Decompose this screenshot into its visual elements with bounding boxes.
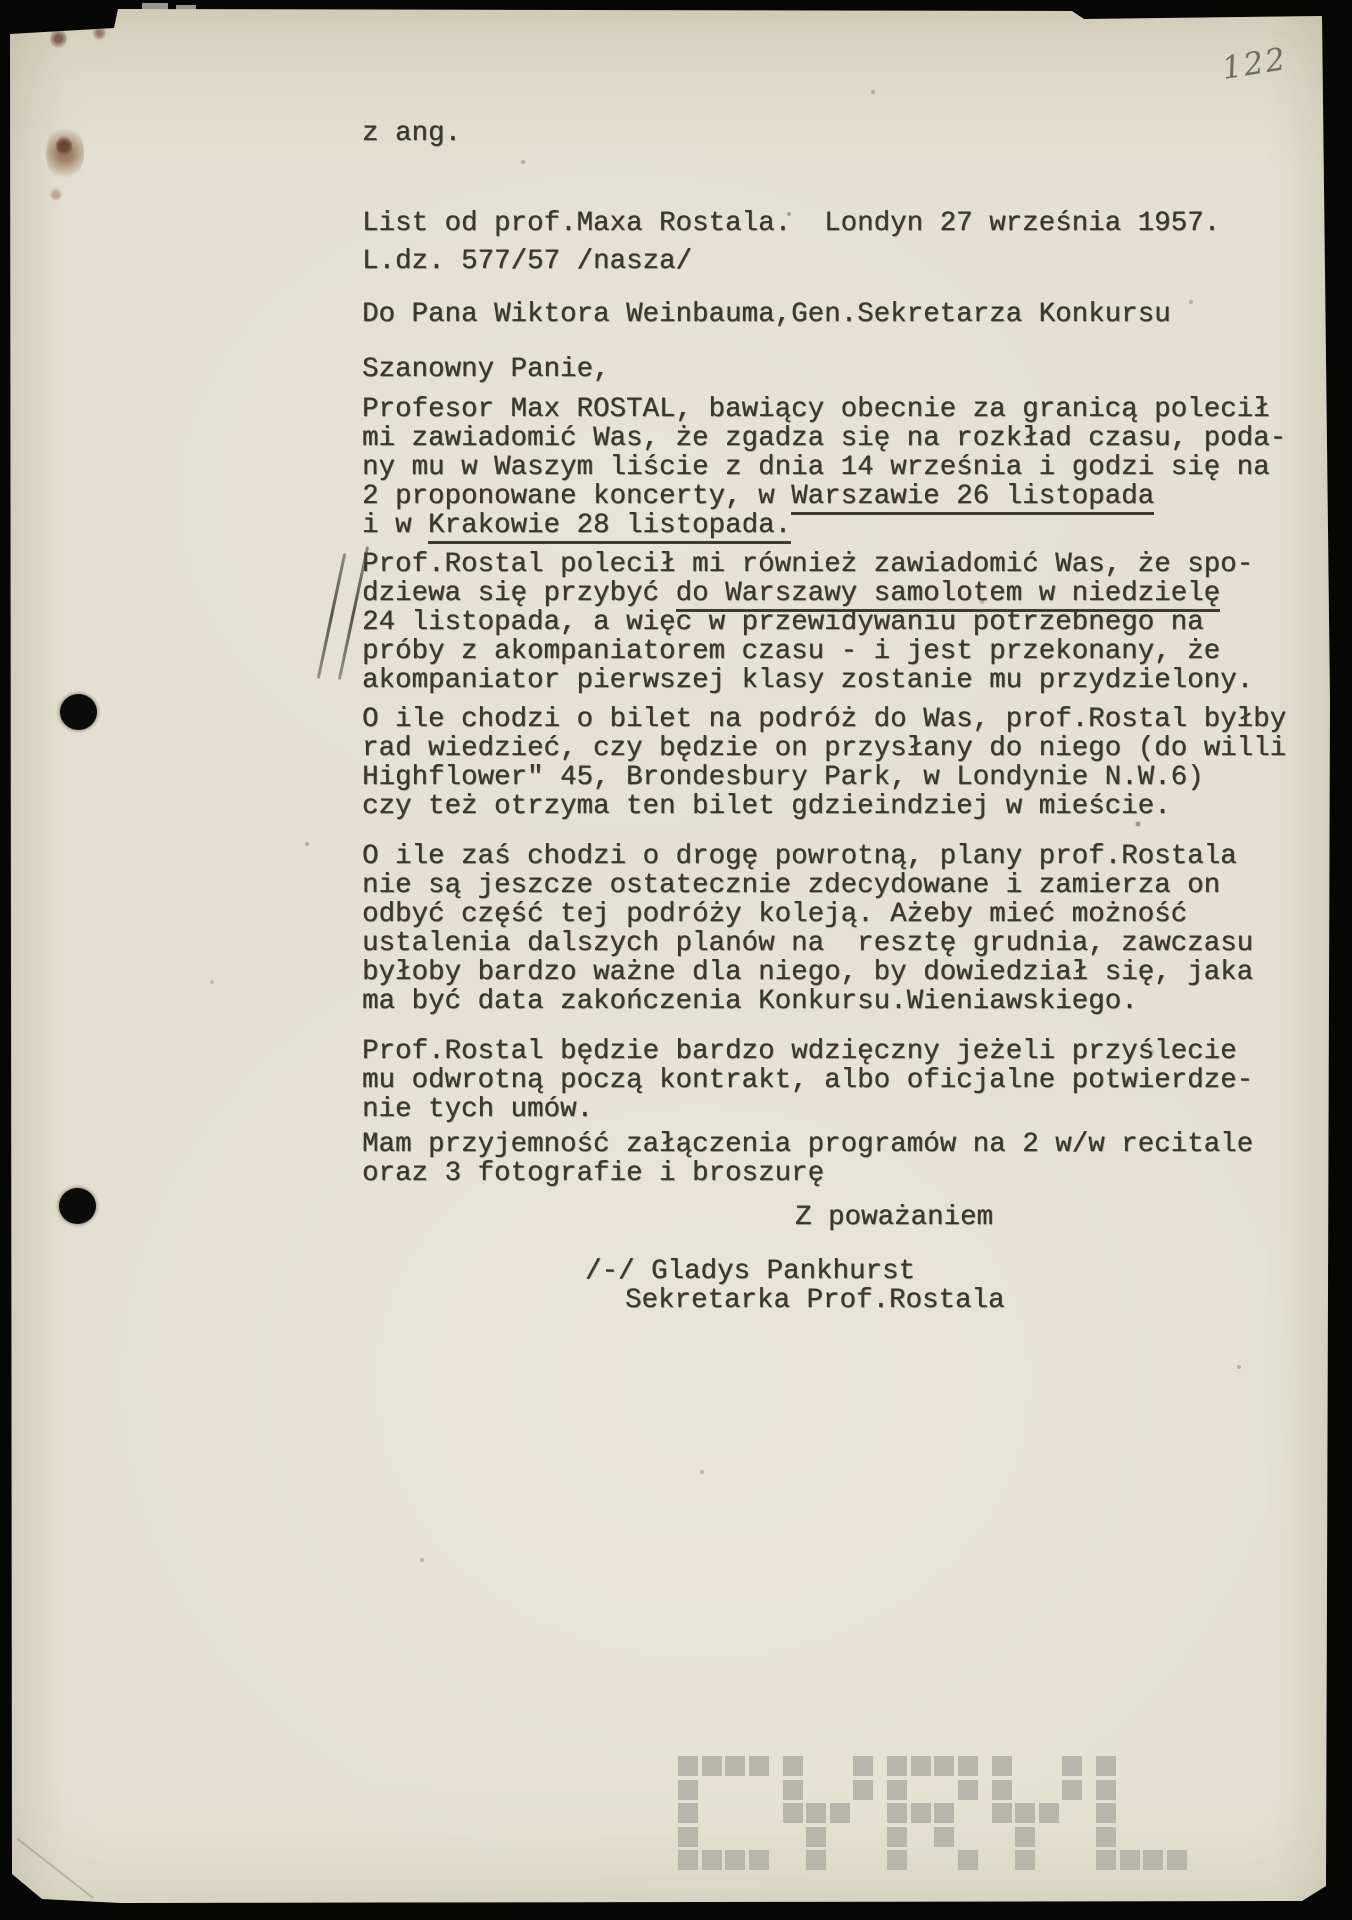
text-line: /-/ Gladys Pankhurst	[585, 1257, 1005, 1286]
text-segment: /-/ Gladys Pankhurst	[585, 1256, 915, 1287]
paragraph-5: Prof.Rostal będzie bardzo wdzięczny jeże…	[362, 1037, 1253, 1124]
text-line: czy też otrzyma ten bilet gdzieindziej w…	[362, 792, 1286, 821]
text-segment: mi zawiadomić Was, że zgadza się na rozk…	[362, 423, 1286, 454]
text-line: mu odwrotną począ kontrakt, albo oficjal…	[362, 1066, 1253, 1095]
watermark-pixel	[806, 1827, 826, 1847]
watermark-pixel	[702, 1850, 722, 1870]
text-segment: oraz 3 fotografie i broszurę	[362, 1158, 824, 1189]
watermark-pixel	[1015, 1850, 1035, 1870]
text-segment: odbyć część tej podróży koleją. Ażeby mi…	[362, 899, 1187, 930]
watermark-pixel	[992, 1803, 1012, 1823]
text-line: O ile zaś chodzi o drogę powrotną, plany…	[362, 842, 1253, 871]
watermark-pixel	[1039, 1803, 1059, 1823]
paragraph-1: Profesor Max ROSTAL, bawiący obecnie za …	[362, 395, 1286, 540]
watermark-pixel	[830, 1756, 850, 1776]
text-line: i w Krakowie 28 listopada.	[362, 511, 1286, 540]
watermark-pixel	[830, 1850, 850, 1870]
watermark-pixel	[749, 1827, 769, 1847]
watermark-pixel	[1120, 1827, 1140, 1847]
text-segment: Profesor Max ROSTAL, bawiący obecnie za …	[362, 394, 1270, 425]
text-segment: O ile zaś chodzi o drogę powrotną, plany…	[362, 841, 1237, 872]
watermark-pixel	[1167, 1850, 1187, 1870]
watermark-pixel	[806, 1803, 826, 1823]
watermark-pixel	[934, 1850, 954, 1870]
watermark-pixel	[992, 1780, 1012, 1800]
watermark-pixel	[887, 1827, 907, 1847]
watermark-pixel	[1015, 1803, 1035, 1823]
watermark-pixel	[1143, 1803, 1163, 1823]
text-segment: rad wiedzieć, czy będzie on przysłany do…	[362, 733, 1286, 764]
text-line: próby z akompaniatorem czasu - i jest pr…	[362, 637, 1253, 666]
paper-crease	[17, 1838, 94, 1899]
watermark-pixel	[853, 1756, 873, 1776]
watermark-pixel	[725, 1827, 745, 1847]
watermark-pixel	[1062, 1780, 1082, 1800]
watermark-pixel	[678, 1756, 698, 1776]
text-segment: Prof.Rostal polecił mi również zawiadomi…	[362, 549, 1253, 580]
text-segment: ma być data zakończenia Konkursu.Wieniaw…	[362, 986, 1138, 1017]
watermark-pixel	[1096, 1827, 1116, 1847]
text-segment: czy też otrzyma ten bilet gdzieindziej w…	[362, 791, 1171, 822]
watermark-pixel	[1167, 1780, 1187, 1800]
text-line: dziewa się przybyć do Warszawy samolotem…	[362, 579, 1253, 608]
punch-hole	[59, 1188, 96, 1224]
text-line: odbyć część tej podróży koleją. Ażeby mi…	[362, 900, 1253, 929]
watermark-pixel	[887, 1850, 907, 1870]
text-line: Sekretarka Prof.Rostala	[625, 1286, 1005, 1315]
brown-smudge	[56, 136, 72, 156]
watermark-pixel	[1015, 1756, 1035, 1776]
text-line: Mam przyjemność załączenia programów na …	[362, 1130, 1253, 1159]
text-line: byłoby bardzo ważne dla niego, by dowied…	[362, 958, 1253, 987]
watermark-pixel	[1120, 1780, 1140, 1800]
letter-page: 122 z ang. List od prof.Maxa Rostala. Lo…	[0, 0, 1352, 1920]
watermark-pixel	[1062, 1803, 1082, 1823]
brown-smudge	[50, 188, 62, 201]
watermark-pixel	[830, 1780, 850, 1800]
text-segment: ny mu w Waszym liście z dnia 14 września…	[362, 452, 1270, 483]
watermark-pixel	[749, 1803, 769, 1823]
watermark-pixel	[783, 1803, 803, 1823]
watermark-pixel	[749, 1780, 769, 1800]
text-line: nie tych umów.	[362, 1095, 1253, 1124]
text-line: Profesor Max ROSTAL, bawiący obecnie za …	[362, 395, 1286, 424]
watermark-pixel	[911, 1850, 931, 1870]
watermark-pixel	[1039, 1827, 1059, 1847]
language-note: z ang.	[362, 119, 461, 148]
watermark-pixel	[678, 1780, 698, 1800]
watermark-pixel	[1120, 1850, 1140, 1870]
watermark-pixel	[783, 1827, 803, 1847]
cyryl-watermark	[678, 1756, 1187, 1870]
watermark-letter-c	[678, 1756, 769, 1870]
text-segment: nie tych umów.	[362, 1094, 593, 1125]
text-segment: 24 listopada, a więc w przewidywaniu pot…	[362, 607, 1204, 638]
ink-stain	[50, 28, 67, 49]
watermark-pixel	[887, 1780, 907, 1800]
watermark-pixel	[725, 1756, 745, 1776]
text-line: 24 listopada, a więc w przewidywaniu pot…	[362, 608, 1253, 637]
underlined-text: Krakowie 28 listopada.	[428, 510, 791, 544]
watermark-letter-r	[887, 1756, 978, 1870]
text-line: Prof.Rostal będzie bardzo wdzięczny jeże…	[362, 1037, 1253, 1066]
punch-hole	[60, 694, 97, 730]
watermark-pixel	[992, 1850, 1012, 1870]
text-segment: Sekretarka Prof.Rostala	[625, 1285, 1005, 1316]
text-line: ustalenia dalszych planów na resztę grud…	[362, 929, 1253, 958]
recipient-line: Do Pana Wiktora Weinbauma,Gen.Sekretarza…	[362, 300, 1171, 329]
watermark-pixel	[934, 1803, 954, 1823]
text-segment: nie są jeszcze ostatecznie zdecydowane i…	[362, 870, 1220, 901]
watermark-pixel	[702, 1756, 722, 1776]
watermark-pixel	[702, 1827, 722, 1847]
paragraph-3: O ile chodzi o bilet na podróż do Was, p…	[362, 705, 1286, 821]
watermark-pixel	[678, 1850, 698, 1870]
text-segment: Highflower" 45, Brondesbury Park, w Lond…	[362, 762, 1204, 793]
text-line: nie są jeszcze ostatecznie zdecydowane i…	[362, 871, 1253, 900]
text-segment: Prof.Rostal będzie bardzo wdzięczny jeże…	[362, 1036, 1237, 1067]
watermark-pixel	[725, 1850, 745, 1870]
watermark-pixel	[678, 1803, 698, 1823]
watermark-letter-y	[783, 1756, 874, 1870]
watermark-pixel	[1039, 1780, 1059, 1800]
watermark-pixel	[1143, 1756, 1163, 1776]
text-line: O ile chodzi o bilet na podróż do Was, p…	[362, 705, 1286, 734]
watermark-pixel	[749, 1756, 769, 1776]
watermark-pixel	[1062, 1850, 1082, 1870]
watermark-pixel	[725, 1803, 745, 1823]
closing: Z poważaniem	[795, 1203, 993, 1232]
watermark-pixel	[678, 1827, 698, 1847]
watermark-pixel	[783, 1756, 803, 1776]
watermark-pixel	[1143, 1850, 1163, 1870]
paragraph-6: Mam przyjemność załączenia programów na …	[362, 1130, 1253, 1188]
watermark-pixel	[911, 1756, 931, 1776]
salutation: Szanowny Panie,	[362, 355, 610, 384]
watermark-pixel	[887, 1756, 907, 1776]
text-line: ny mu w Waszym liście z dnia 14 września…	[362, 453, 1286, 482]
watermark-letter-l	[1096, 1756, 1187, 1870]
text-segment: 2 proponowane koncerty, w	[362, 481, 791, 512]
underlined-text: Warszawie 26 listopada	[791, 481, 1154, 515]
watermark-pixel	[934, 1756, 954, 1776]
dust-specks	[0, 0, 2, 2]
watermark-pixel	[1039, 1756, 1059, 1776]
watermark-pixel	[958, 1780, 978, 1800]
watermark-pixel	[806, 1850, 826, 1870]
signature-block: /-/ Gladys PankhurstSekretarka Prof.Rost…	[585, 1257, 1005, 1315]
watermark-pixel	[911, 1827, 931, 1847]
watermark-pixel	[958, 1827, 978, 1847]
watermark-pixel	[853, 1827, 873, 1847]
watermark-pixel	[830, 1803, 850, 1823]
watermark-pixel	[1167, 1803, 1187, 1823]
watermark-pixel	[806, 1756, 826, 1776]
watermark-pixel	[702, 1780, 722, 1800]
watermark-pixel	[1062, 1756, 1082, 1776]
watermark-pixel	[1143, 1827, 1163, 1847]
watermark-pixel	[1096, 1803, 1116, 1823]
watermark-pixel	[1096, 1850, 1116, 1870]
watermark-pixel	[1015, 1827, 1035, 1847]
watermark-pixel	[1039, 1850, 1059, 1870]
watermark-pixel	[783, 1850, 803, 1870]
watermark-pixel	[749, 1850, 769, 1870]
ink-stain	[93, 25, 106, 41]
text-segment: O ile chodzi o bilet na podróż do Was, p…	[362, 704, 1286, 735]
watermark-pixel	[1096, 1756, 1116, 1776]
watermark-pixel	[992, 1827, 1012, 1847]
text-line: ma być data zakończenia Konkursu.Wieniaw…	[362, 987, 1253, 1016]
watermark-pixel	[702, 1803, 722, 1823]
text-segment: mu odwrotną począ kontrakt, albo oficjal…	[362, 1065, 1253, 1096]
watermark-pixel	[958, 1850, 978, 1870]
watermark-letter-y	[992, 1756, 1083, 1870]
watermark-pixel	[783, 1780, 803, 1800]
watermark-pixel	[830, 1827, 850, 1847]
text-segment: akompaniator pierwszej klasy zostanie mu…	[362, 665, 1253, 696]
paragraph-4: O ile zaś chodzi o drogę powrotną, plany…	[362, 842, 1253, 1016]
watermark-pixel	[934, 1827, 954, 1847]
text-line: mi zawiadomić Was, że zgadza się na rozk…	[362, 424, 1286, 453]
watermark-pixel	[1120, 1756, 1140, 1776]
text-line: Prof.Rostal polecił mi również zawiadomi…	[362, 550, 1253, 579]
watermark-pixel	[1120, 1803, 1140, 1823]
text-segment: i w	[362, 510, 428, 541]
watermark-pixel	[958, 1756, 978, 1776]
watermark-pixel	[887, 1803, 907, 1823]
watermark-pixel	[1143, 1780, 1163, 1800]
text-line: oraz 3 fotografie i broszurę	[362, 1159, 1253, 1188]
watermark-pixel	[1015, 1780, 1035, 1800]
watermark-pixel	[1167, 1827, 1187, 1847]
text-segment: dziewa się przybyć	[362, 578, 676, 609]
watermark-pixel	[958, 1803, 978, 1823]
watermark-pixel	[806, 1780, 826, 1800]
reference-number: L.dz. 577/57 /nasza/	[362, 247, 692, 276]
text-line: rad wiedzieć, czy będzie on przysłany do…	[362, 734, 1286, 763]
source-and-date-line: List od prof.Maxa Rostala. Londyn 27 wrz…	[362, 209, 1220, 238]
text-line: Highflower" 45, Brondesbury Park, w Lond…	[362, 763, 1286, 792]
watermark-pixel	[853, 1803, 873, 1823]
watermark-pixel	[853, 1780, 873, 1800]
watermark-pixel	[853, 1850, 873, 1870]
watermark-pixel	[911, 1780, 931, 1800]
text-segment: ustalenia dalszych planów na resztę grud…	[362, 928, 1253, 959]
text-line: akompaniator pierwszej klasy zostanie mu…	[362, 666, 1253, 695]
watermark-pixel	[725, 1780, 745, 1800]
text-segment: byłoby bardzo ważne dla niego, by dowied…	[362, 957, 1253, 988]
scanned-document-page: { "page": { "page_number": "122", "margi…	[0, 0, 1352, 1920]
text-line: 2 proponowane koncerty, w Warszawie 26 l…	[362, 482, 1286, 511]
paragraph-2: Prof.Rostal polecił mi również zawiadomi…	[362, 550, 1253, 695]
watermark-pixel	[1062, 1827, 1082, 1847]
watermark-pixel	[934, 1780, 954, 1800]
watermark-pixel	[1096, 1780, 1116, 1800]
text-segment: próby z akompaniatorem czasu - i jest pr…	[362, 636, 1220, 667]
watermark-pixel	[992, 1756, 1012, 1776]
watermark-pixel	[1167, 1756, 1187, 1776]
handwritten-page-number: 122	[1220, 41, 1290, 87]
text-segment: Mam przyjemność załączenia programów na …	[362, 1129, 1253, 1160]
watermark-pixel	[911, 1803, 931, 1823]
